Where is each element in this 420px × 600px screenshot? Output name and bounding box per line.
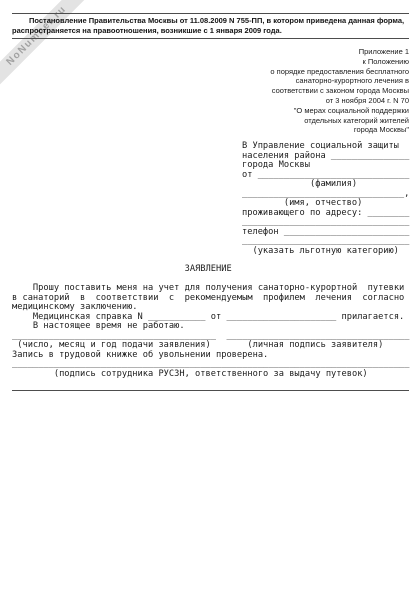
bottom-rule <box>12 390 409 391</box>
header-note-text: Постановление Правительства Москвы от 11… <box>12 16 409 35</box>
application-body: ЗАЯВЛЕНИЕ Прошу поставить меня на учет д… <box>12 265 410 379</box>
header-note: Постановление Правительства Москвы от 11… <box>12 13 409 39</box>
document-page: NoNumber.ru Постановление Правительства … <box>0 0 420 600</box>
address-block: В Управление социальной защиты населения… <box>242 142 409 256</box>
appendix-block: Приложение 1 к Положению о порядке предо… <box>12 47 409 135</box>
